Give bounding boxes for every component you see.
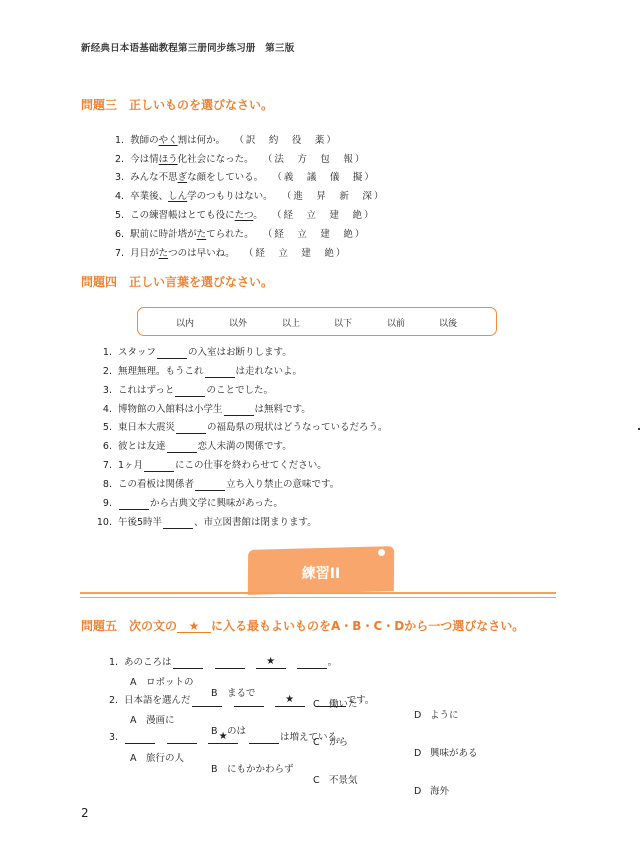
option-d[interactable]: D海外 <box>414 783 449 797</box>
fill-blank-item: 5.東日本大震災の福島県の現状はどうなっているだろう。 <box>92 422 388 434</box>
tab-hole-icon <box>378 549 385 556</box>
star-icon: ★ <box>177 621 211 633</box>
answer-blank[interactable] <box>175 386 205 397</box>
answer-blank[interactable] <box>157 348 187 359</box>
underlined-word: た <box>159 248 169 259</box>
word-bank-box: 以内 以外 以上 以下 以前 以後 <box>137 307 497 336</box>
fill-blank-item: 7.1ヶ月にこの仕事を終わらせてください。 <box>92 460 327 472</box>
question-item: 7.月日がたつのは早いね。（経 立 建 絶） <box>92 236 347 272</box>
option-a[interactable]: A旅行の人 <box>130 750 184 764</box>
fill-blank-item: 1.スタッフの入室はお断りします。 <box>92 347 292 359</box>
word-bank-item: 以下 <box>334 316 352 329</box>
book-title: 新经典日本语基础教程第三册同步练习册 第三版 <box>81 40 294 54</box>
answer-blank[interactable] <box>163 518 193 529</box>
word-bank-item: 以前 <box>387 316 405 329</box>
section-heading-5: 問題五 次の文の★に入る最もよいものをA・B・C・Dから一つ選びなさい。 <box>81 617 524 634</box>
answer-blank[interactable] <box>144 461 174 472</box>
section-heading-4: 問題四 正しい言葉を選びなさい。 <box>81 273 273 290</box>
answer-blank[interactable] <box>167 442 197 453</box>
divider-line <box>80 592 556 594</box>
fill-blank-item: 10.午後5時半、市立図書館は閉まります。 <box>92 517 317 529</box>
answer-blank[interactable] <box>119 499 149 510</box>
fill-blank-item: 3.これはずっとのことでした。 <box>92 385 273 397</box>
fill-blank-item: 9.から古典文学に興味があった。 <box>92 498 283 510</box>
word-bank-item: 以内 <box>176 316 194 329</box>
section-heading-3: 問題三 正しいものを選びなさい。 <box>81 96 273 113</box>
practice-tab-label: 練習II <box>248 563 394 583</box>
options-row: A旅行の人 Bにもかかわらず C不景気 D海外 <box>130 739 530 751</box>
options-row: Aロボットの Bまるで C働いた Dように <box>130 663 530 675</box>
option-c[interactable]: C不景気 <box>313 772 358 786</box>
kanji-choices: （経 立 建 絶） <box>249 248 348 259</box>
word-bank-item: 以後 <box>439 316 457 329</box>
fill-blank-item: 8.この看板は関係者立ち入り禁止の意味です。 <box>92 479 339 491</box>
divider-line-thin <box>80 597 556 598</box>
answer-blank[interactable] <box>176 423 206 434</box>
option-b[interactable]: Bにもかかわらず <box>211 761 294 775</box>
fill-blank-item: 2.無理無理。もうこれは走れないよ。 <box>92 366 302 378</box>
answer-blank[interactable] <box>195 480 225 491</box>
word-bank-item: 以上 <box>282 316 300 329</box>
answer-blank[interactable] <box>205 367 235 378</box>
word-bank-item: 以外 <box>229 316 247 329</box>
options-row: A漫画に Bのは Cから D興味がある <box>130 701 530 713</box>
page-number: 2 <box>81 806 89 820</box>
fill-blank-item: 4.博物館の入館料は小学生は無料です。 <box>92 404 311 416</box>
fill-blank-item: 6.彼とは友達恋人未満の関係です。 <box>92 441 292 453</box>
answer-blank[interactable] <box>224 405 254 416</box>
